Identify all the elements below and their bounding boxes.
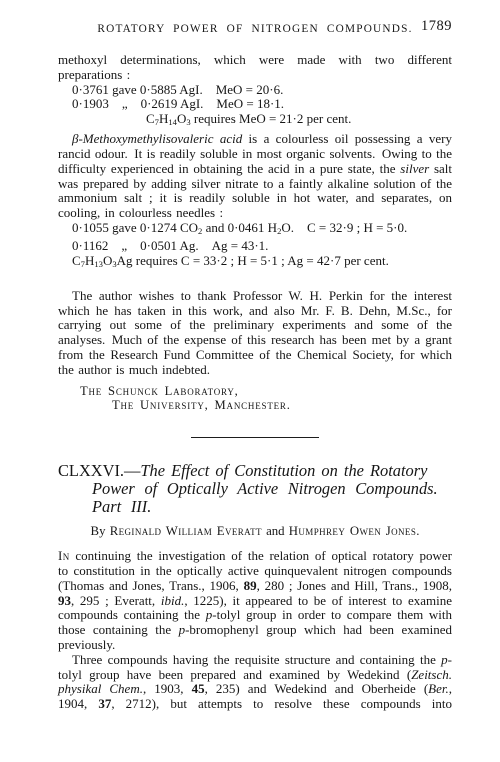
analysis-formula-silver-salt: C7H13O3Ag requires C = 33·2 ; H = 5·1 ; … <box>58 254 452 272</box>
paragraph-methoxyl-determinations: methoxyl determinations, which were made… <box>58 53 452 83</box>
analysis-line-agi-2: 0·1903 „ 0·2619 AgI. MeO = 18·1. <box>58 97 452 112</box>
paragraph-acknowledgements: The author wishes to thank Professor W. … <box>58 289 452 378</box>
analysis-line-silver: 0·1162 „ 0·0501 Ag. Ag = 43·1. <box>58 239 452 254</box>
article-title: CLXXVI.—The Effect of Constitution on th… <box>58 462 452 515</box>
paragraph-acid-description: β-Methoxymethylisovaleric acid is a colo… <box>58 132 452 221</box>
journal-page: ROTATORY POWER OF NITROGEN COMPOUNDS. 17… <box>0 0 500 762</box>
analysis-line-combustion: 0·1055 gave 0·1274 CO2 and 0·0461 H2O. C… <box>58 221 452 239</box>
running-title: ROTATORY POWER OF NITROGEN COMPOUNDS. <box>97 23 412 35</box>
signature-university: The University, Manchester. <box>58 398 452 413</box>
paragraph-three-compounds: Three compounds having the requisite str… <box>58 653 452 712</box>
page-header: ROTATORY POWER OF NITROGEN COMPOUNDS. 17… <box>58 21 452 37</box>
article-divider <box>191 437 319 438</box>
analysis-formula-meo: C7H14O3 requires MeO = 21·2 per cent. <box>58 112 452 130</box>
analysis-line-agi-1: 0·3761 gave 0·5885 AgI. MeO = 20·6. <box>58 83 452 98</box>
byline: By Reginald William Everatt and Humphrey… <box>58 524 452 539</box>
paragraph-introduction: In continuing the investigation of the r… <box>58 549 452 653</box>
signature-laboratory: The Schunck Laboratory, <box>58 384 452 399</box>
page-number: 1789 <box>421 19 452 34</box>
